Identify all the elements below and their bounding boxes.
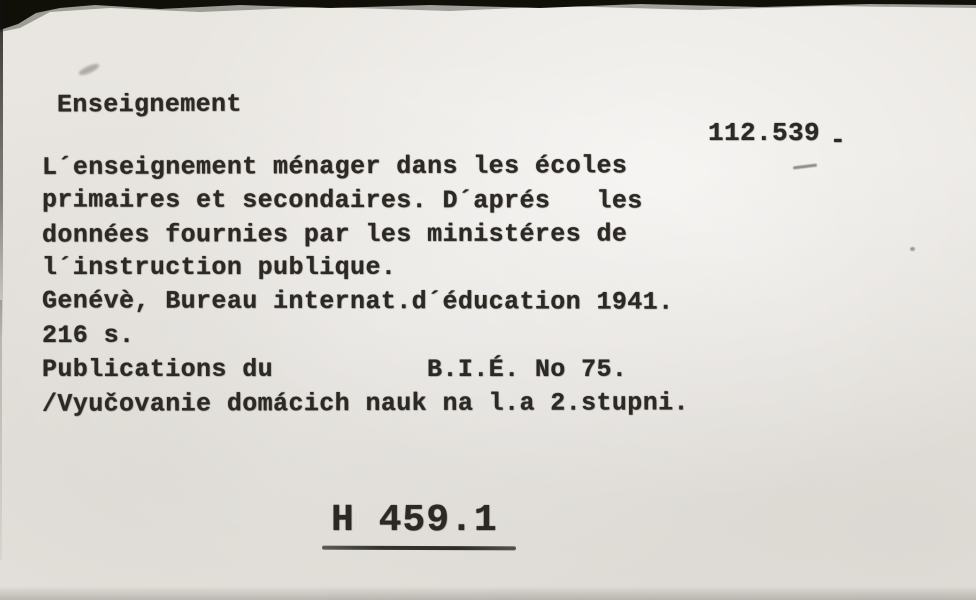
accession-number-dash: -: [830, 125, 846, 155]
body-line-imprint: Genévè, Bureau internat.d´éducation 1941…: [42, 285, 689, 320]
stray-dot-mark: [910, 247, 915, 251]
scan-left-edge: [0, 0, 3, 340]
catalog-card-scan: Enseignement 112.539- L´enseignement mén…: [0, 0, 976, 600]
scan-left-edge-lower: [0, 300, 2, 560]
body-line-pagination: 216 s.: [42, 319, 689, 353]
body-line-title-3: données fournies par les ministéres de: [42, 217, 689, 252]
scan-top-edge: [0, 0, 976, 32]
subject-heading: Enseignement: [57, 90, 242, 120]
body-line-title-2: primaires et secondaires. D´aprés les: [42, 183, 689, 218]
body-line-series: Publications du B.I.É. No 75.: [42, 353, 689, 387]
card-body: L´enseignement ménager dans les écoles p…: [42, 150, 689, 420]
body-line-translated-title: /Vyučovanie domácich nauk na l.a 2.stupn…: [42, 386, 689, 421]
body-line-title-4: l´instruction publique.: [42, 251, 689, 285]
ink-smudge: [78, 62, 101, 77]
call-number: H 459.1: [331, 499, 498, 542]
body-line-title-1: L´enseignement ménager dans les écoles: [42, 149, 689, 184]
accession-number-value: 112.539: [708, 118, 820, 148]
scan-bottom-edge: [0, 586, 976, 600]
call-number-underline: [322, 546, 516, 551]
